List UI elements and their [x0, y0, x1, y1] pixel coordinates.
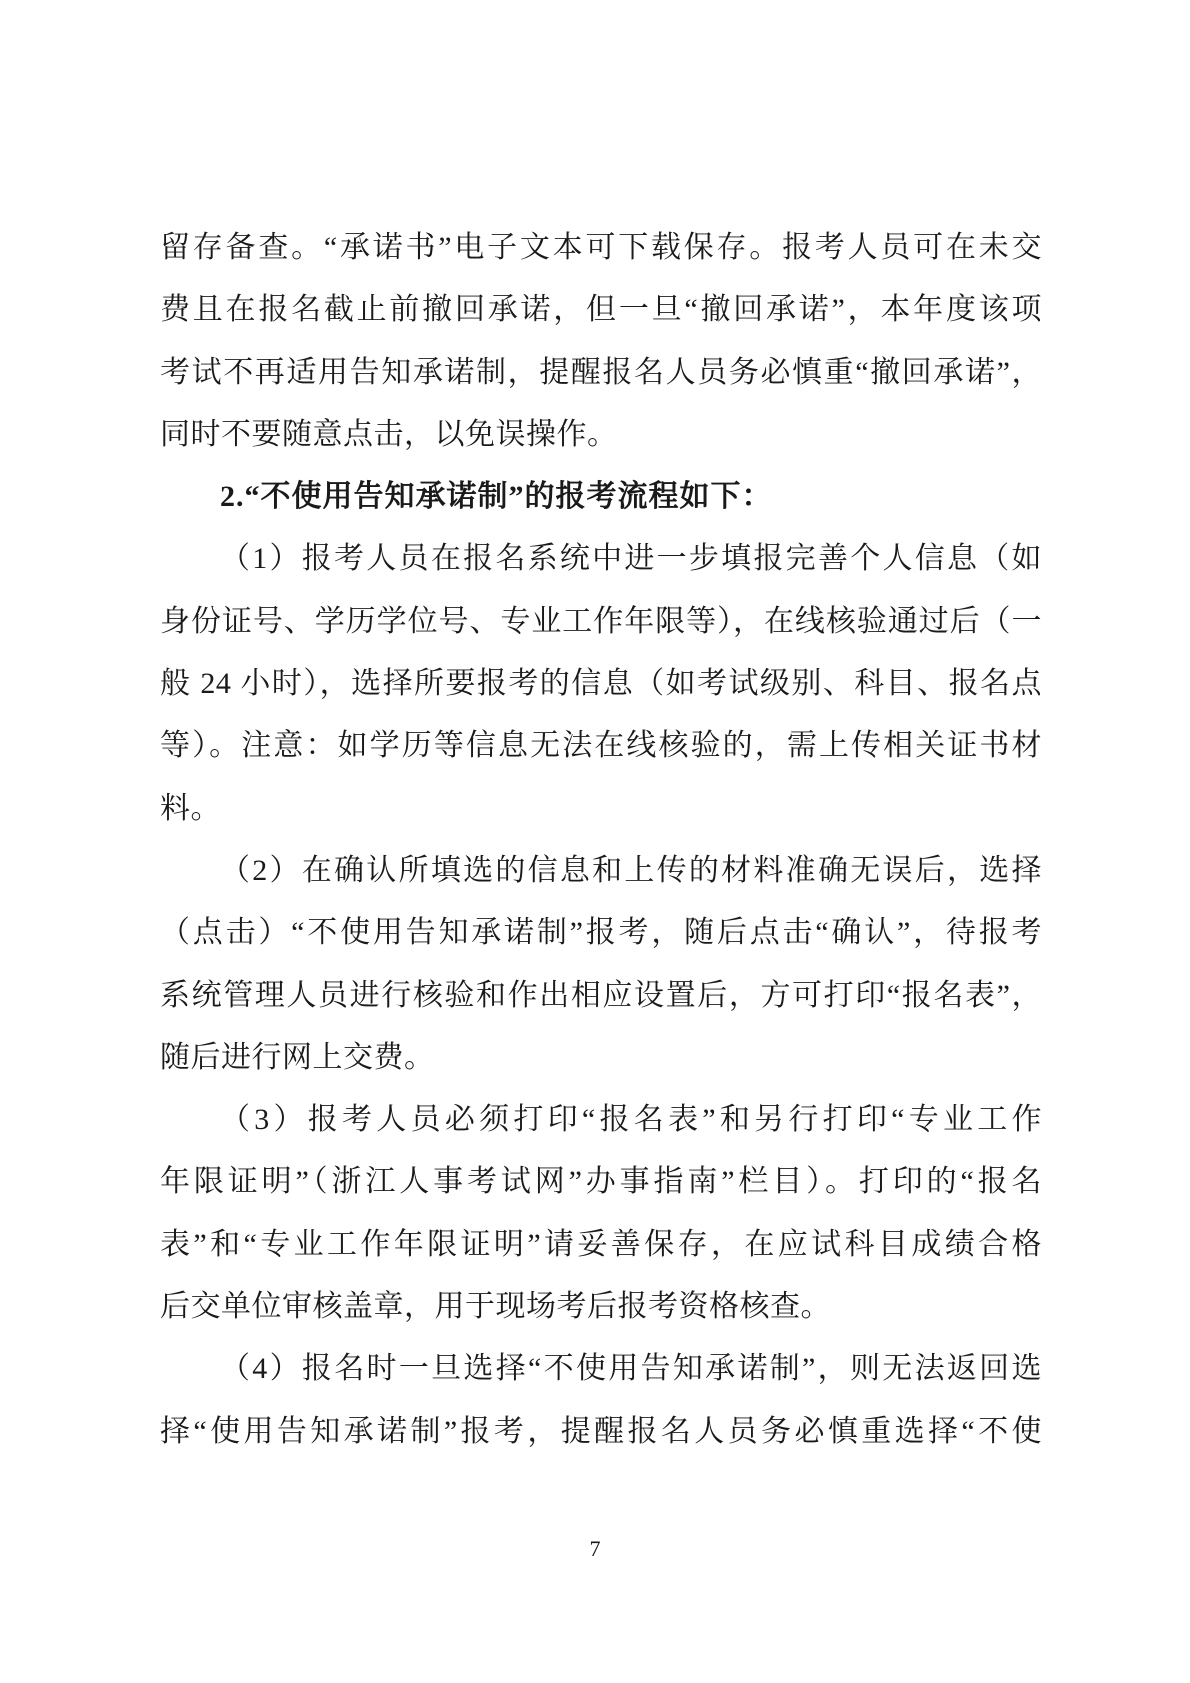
text-line: 2.“不使用告知承诺制”的报考流程如下： — [160, 466, 1042, 528]
text-line: 择“使用告知承诺制”报考，提醒报名人员务必慎重选择“不使 — [160, 1401, 1042, 1463]
text-line: 表”和“专业工作年限证明”请妥善保存，在应试科目成绩合格 — [160, 1214, 1042, 1276]
text-line: （4）报名时一旦选择“不使用告知承诺制”，则无法返回选 — [160, 1338, 1042, 1400]
document-page: 留存备查。“承诺书”电子文本可下载保存。报考人员可在未交费且在报名截止前撤回承诺… — [0, 0, 1190, 1683]
text-line: 留存备查。“承诺书”电子文本可下载保存。报考人员可在未交 — [160, 217, 1042, 279]
text-line: 年限证明”（浙江人事考试网”办事指南”栏目）。打印的“报名 — [160, 1151, 1042, 1213]
text-line: 考试不再适用告知承诺制，提醒报名人员务必慎重“撤回承诺”， — [160, 342, 1042, 404]
page-number: 7 — [0, 1536, 1190, 1562]
text-line: 后交单位审核盖章，用于现场考后报考资格核查。 — [160, 1276, 1042, 1338]
text-line: 般 24 小时），选择所要报考的信息（如考试级别、科目、报名点 — [160, 653, 1042, 715]
text-line: 等）。注意：如学历等信息无法在线核验的，需上传相关证书材 — [160, 715, 1042, 777]
text-line: （1）报考人员在报名系统中进一步填报完善个人信息（如 — [160, 528, 1042, 590]
text-line: 同时不要随意点击，以免误操作。 — [160, 404, 1042, 466]
text-line: （3）报考人员必须打印“报名表”和另行打印“专业工作 — [160, 1089, 1042, 1151]
text-block: 留存备查。“承诺书”电子文本可下载保存。报考人员可在未交费且在报名截止前撤回承诺… — [160, 217, 1042, 1463]
text-line: 身份证号、学历学位号、专业工作年限等），在线核验通过后（一 — [160, 591, 1042, 653]
text-line: 料。 — [160, 778, 1042, 840]
text-line: 系统管理人员进行核验和作出相应设置后，方可打印“报名表”， — [160, 965, 1042, 1027]
text-line: 随后进行网上交费。 — [160, 1027, 1042, 1089]
text-line: （点击）“不使用告知承诺制”报考，随后点击“确认”，待报考 — [160, 902, 1042, 964]
text-line: （2）在确认所填选的信息和上传的材料准确无误后，选择 — [160, 840, 1042, 902]
text-line: 费且在报名截止前撤回承诺，但一旦“撤回承诺”，本年度该项 — [160, 279, 1042, 341]
